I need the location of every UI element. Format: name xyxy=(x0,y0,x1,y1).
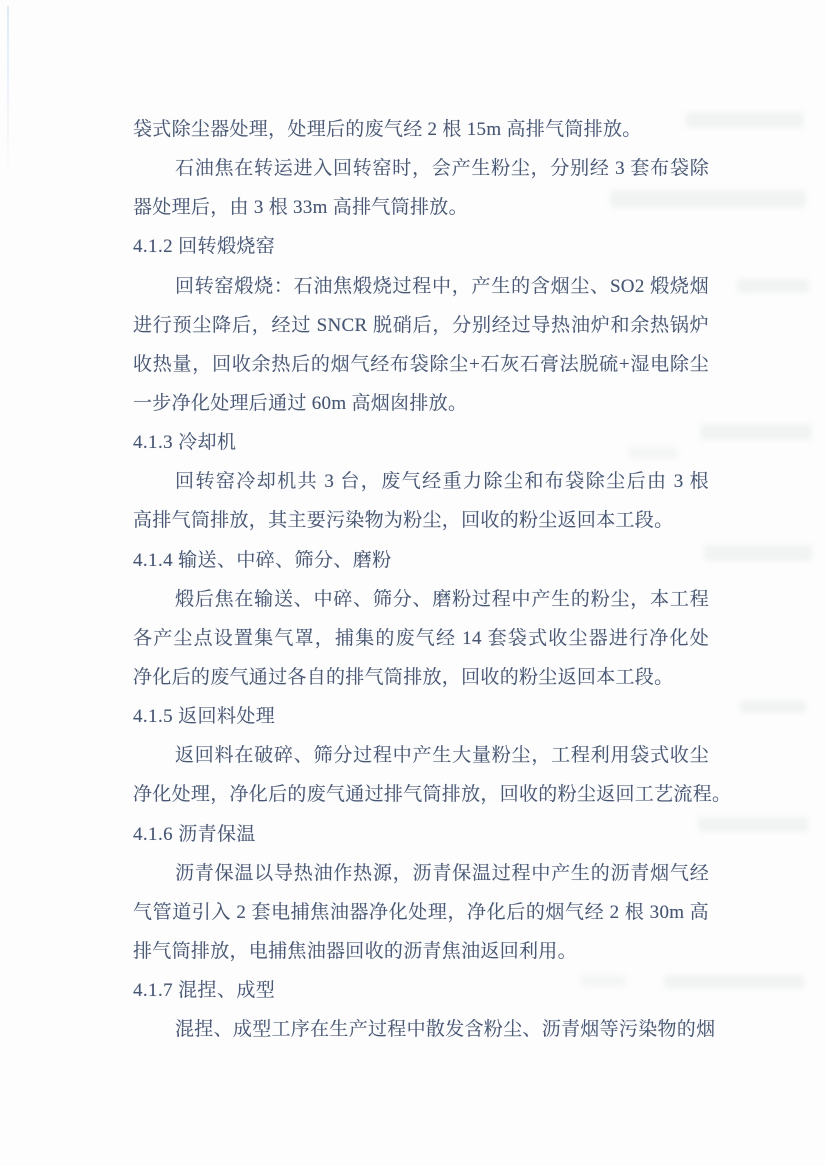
text-line: 袋式除尘器处理，处理后的废气经 2 根 15m 高排气筒排放。 xyxy=(133,110,709,149)
text-line: 进行预尘降后，经过 SNCR 脱硝后，分别经过导热油炉和余热锅炉回 xyxy=(133,306,709,345)
scanned-document-page: 袋式除尘器处理，处理后的废气经 2 根 15m 高排气筒排放。 石油焦在转运进入… xyxy=(0,0,825,1166)
text-line: 净化后的废气通过各自的排气筒排放，回收的粉尘返回本工段。 xyxy=(133,658,709,697)
body-text-block: 袋式除尘器处理，处理后的废气经 2 根 15m 高排气筒排放。 石油焦在转运进入… xyxy=(133,110,709,1049)
text-line: 沥青保温以导热油作热源，沥青保温过程中产生的沥青烟气经集 xyxy=(133,854,709,893)
section-heading-4-1-7: 4.1.7 混捏、成型 xyxy=(133,971,709,1010)
text-line: 回转窑煅烧：石油焦煅烧过程中，产生的含烟尘、SO2 煅烧烟气 xyxy=(133,267,709,306)
text-line: 器处理后，由 3 根 33m 高排气筒排放。 xyxy=(133,188,709,227)
text-line: 净化处理，净化后的废气通过排气筒排放，回收的粉尘返回工艺流程。 xyxy=(133,775,709,814)
section-heading-4-1-6: 4.1.6 沥青保温 xyxy=(133,815,709,854)
text-line: 气管道引入 2 套电捕焦油器净化处理，净化后的烟气经 2 根 30m 高 xyxy=(133,893,709,932)
section-heading-4-1-3: 4.1.3 冷却机 xyxy=(133,423,709,462)
text-line: 收热量，回收余热后的烟气经布袋除尘+石灰石膏法脱硫+湿电除尘进 xyxy=(133,345,709,384)
text-line: 排气筒排放，电捕焦油器回收的沥青焦油返回利用。 xyxy=(133,932,709,971)
text-line: 石油焦在转运进入回转窑时，会产生粉尘，分别经 3 套布袋除尘 xyxy=(133,149,709,188)
scan-edge-artifact xyxy=(7,6,9,184)
text-line: 混捏、成型工序在生产过程中散发含粉尘、沥青烟等污染物的烟 xyxy=(133,1010,709,1049)
text-line: 一步净化处理后通过 60m 高烟囱排放。 xyxy=(133,384,709,423)
text-line: 回转窑冷却机共 3 台，废气经重力除尘和布袋除尘后由 3 根 20m xyxy=(133,462,709,501)
scan-bleedthrough-artifact xyxy=(737,279,809,293)
text-line: 高排气筒排放，其主要污染物为粉尘，回收的粉尘返回本工段。 xyxy=(133,501,709,540)
section-heading-4-1-2: 4.1.2 回转煅烧窑 xyxy=(133,227,709,266)
text-line: 返回料在破碎、筛分过程中产生大量粉尘，工程利用袋式收尘器 xyxy=(133,736,709,775)
scan-bleedthrough-artifact xyxy=(740,700,806,713)
section-heading-4-1-4: 4.1.4 输送、中碎、筛分、磨粉 xyxy=(133,541,709,580)
scan-bleedthrough-artifact xyxy=(704,545,812,561)
scan-bleedthrough-artifact xyxy=(700,424,812,440)
text-line: 煅后焦在输送、中碎、筛分、磨粉过程中产生的粉尘，本工程在 xyxy=(133,580,709,619)
scan-bleedthrough-artifact xyxy=(698,817,808,832)
section-heading-4-1-5: 4.1.5 返回料处理 xyxy=(133,697,709,736)
text-line: 各产尘点设置集气罩，捕集的废气经 14 套袋式收尘器进行净化处理， xyxy=(133,619,709,658)
